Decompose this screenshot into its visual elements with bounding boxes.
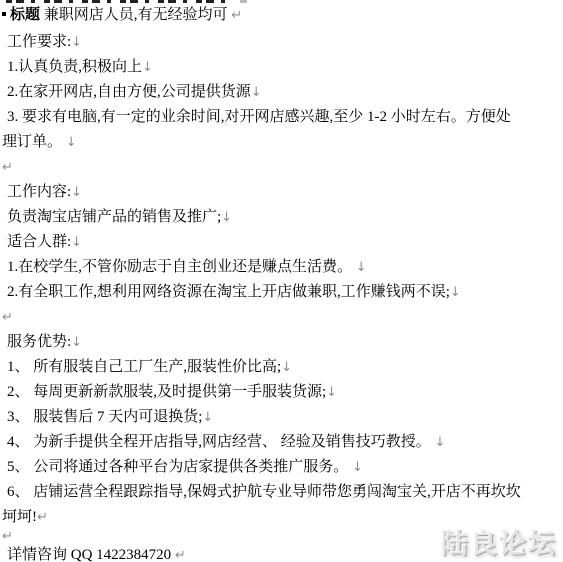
text-line: 3、 服装售后 7 天内可退换货;↓: [7, 405, 563, 430]
text-line-duties-heading: 工作内容:↓: [7, 180, 563, 205]
line-text: 坷坷!: [2, 509, 37, 525]
line-text: 工作内容:: [7, 184, 71, 200]
line-text: 6、 店铺运营全程跟踪指导,保姆式护航专业导师带您勇闯淘宝关,开店不再坎坎: [7, 484, 521, 500]
line-break-mark-icon: ↓: [435, 435, 446, 450]
line-break-mark-icon: ↓: [281, 360, 292, 375]
text-line: 1.认真负责,积极向上↓: [7, 55, 563, 80]
text-line: 负责淘宝店铺产品的销售及推广;↓: [7, 205, 563, 230]
title-label: 标题: [10, 7, 40, 23]
watermark-logo: 陆良论坛: [441, 522, 557, 561]
paragraph-mark-icon: ↵: [2, 310, 13, 325]
line-text: 负责淘宝店铺产品的销售及推广;: [7, 209, 221, 225]
line-break-mark-icon: ↓: [71, 185, 82, 200]
line-text: 1.认真负责,积极向上: [7, 59, 142, 75]
line-text: 详情咨询 QQ 1422384720: [7, 547, 175, 562]
line-break-mark-icon: ↓: [202, 410, 213, 425]
text-line: 6、 店铺运营全程跟踪指导,保姆式护航专业导师带您勇闯淘宝关,开店不再坎坎: [7, 480, 563, 505]
paragraph-mark-icon: ↵: [175, 548, 186, 562]
paragraph-mark-icon: ↵: [37, 510, 48, 525]
line-text: 4、 为新手提供全程开店指导,网店经营、 经验及销售技巧教授。: [7, 434, 435, 450]
title-text: 兼职网店人员,有无经验均可: [40, 7, 231, 23]
line-break-mark-icon: ↓: [71, 235, 82, 250]
line-text: 工作要求:: [7, 34, 71, 50]
line-text: 1.在校学生,不管你励志于自主创业还是赚点生活费。: [7, 259, 356, 275]
text-line: 2.在家开网店,自由方便,公司提供货源↓: [7, 80, 563, 105]
line-text: 2.有全职工作,想利用网络资源在淘宝上开店做兼职,工作赚钱两不误;: [7, 284, 450, 300]
line-text: 1、 所有服装自己工厂生产,服装性价比高;: [7, 359, 281, 375]
text-line: 2、 每周更新新款服装,及时提供第一手服装货源;↓: [7, 380, 563, 405]
document-page: 标题 兼职网店人员,有无经验均可 ↵ 工作要求:↓ 1.认真负责,积极向上↓ 2…: [0, 0, 563, 562]
line-break-mark-icon: ↓: [352, 460, 363, 475]
square-bullet-icon: [2, 12, 6, 16]
text-line: 2.有全职工作,想利用网络资源在淘宝上开店做兼职,工作赚钱两不误;↓: [7, 280, 563, 305]
paragraph-mark-icon: ↵: [2, 529, 13, 544]
text-line: 1、 所有服装自己工厂生产,服装性价比高;↓: [7, 355, 563, 380]
line-text: 2.在家开网店,自由方便,公司提供货源: [7, 84, 251, 100]
line-break-mark-icon: ↓: [142, 60, 153, 75]
text-line: 3. 要求有电脑,有一定的业余时间,对开网店感兴趣,至少 1-2 小时左右。方便…: [7, 105, 563, 130]
paragraph-mark-icon: ↵: [2, 160, 13, 175]
line-break-mark-icon: ↓: [356, 260, 367, 275]
line-break-mark-icon: ↓: [221, 210, 232, 225]
line-text: 2、 每周更新新款服装,及时提供第一手服装货源;: [7, 384, 326, 400]
line-text: 5、 公司将通过各种平台为店家提供各类推广服务。: [7, 459, 352, 475]
line-text: 适合人群:: [7, 234, 71, 250]
line-text: 服务优势:: [7, 334, 71, 350]
line-break-mark-icon: ↓: [251, 85, 262, 100]
paragraph-mark-icon: ↵: [231, 8, 242, 23]
line-text: 3、 服装售后 7 天内可退换货;: [7, 409, 202, 425]
line-break-mark-icon: ↓: [326, 385, 337, 400]
document-body: 标题 兼职网店人员,有无经验均可 ↵ 工作要求:↓ 1.认真负责,积极向上↓ 2…: [7, 3, 563, 562]
empty-line: ↵: [2, 305, 563, 330]
text-line: 5、 公司将通过各种平台为店家提供各类推广服务。 ↓: [7, 455, 563, 480]
text-line: 4、 为新手提供全程开店指导,网店经营、 经验及销售技巧教授。 ↓: [7, 430, 563, 455]
line-break-mark-icon: ↓: [450, 285, 461, 300]
line-text: 3. 要求有电脑,有一定的业余时间,对开网店感兴趣,至少 1-2 小时左右。方便…: [7, 109, 511, 125]
line-break-mark-icon: ↓: [71, 35, 82, 50]
title-line: 标题 兼职网店人员,有无经验均可 ↵: [7, 3, 563, 30]
text-line-wrap-continuation: 理订单。 ↓: [2, 130, 563, 155]
line-break-mark-icon: ↓: [66, 135, 77, 150]
text-line: 1.在校学生,不管你励志于自主创业还是赚点生活费。 ↓: [7, 255, 563, 280]
text-line-advantages-heading: 服务优势:↓: [7, 330, 563, 355]
text-line-audience-heading: 适合人群:↓: [7, 230, 563, 255]
text-line-requirements-heading: 工作要求:↓: [7, 30, 563, 55]
line-break-mark-icon: ↓: [71, 335, 82, 350]
line-text: 理订单。: [2, 134, 66, 150]
empty-line: ↵: [2, 155, 563, 180]
